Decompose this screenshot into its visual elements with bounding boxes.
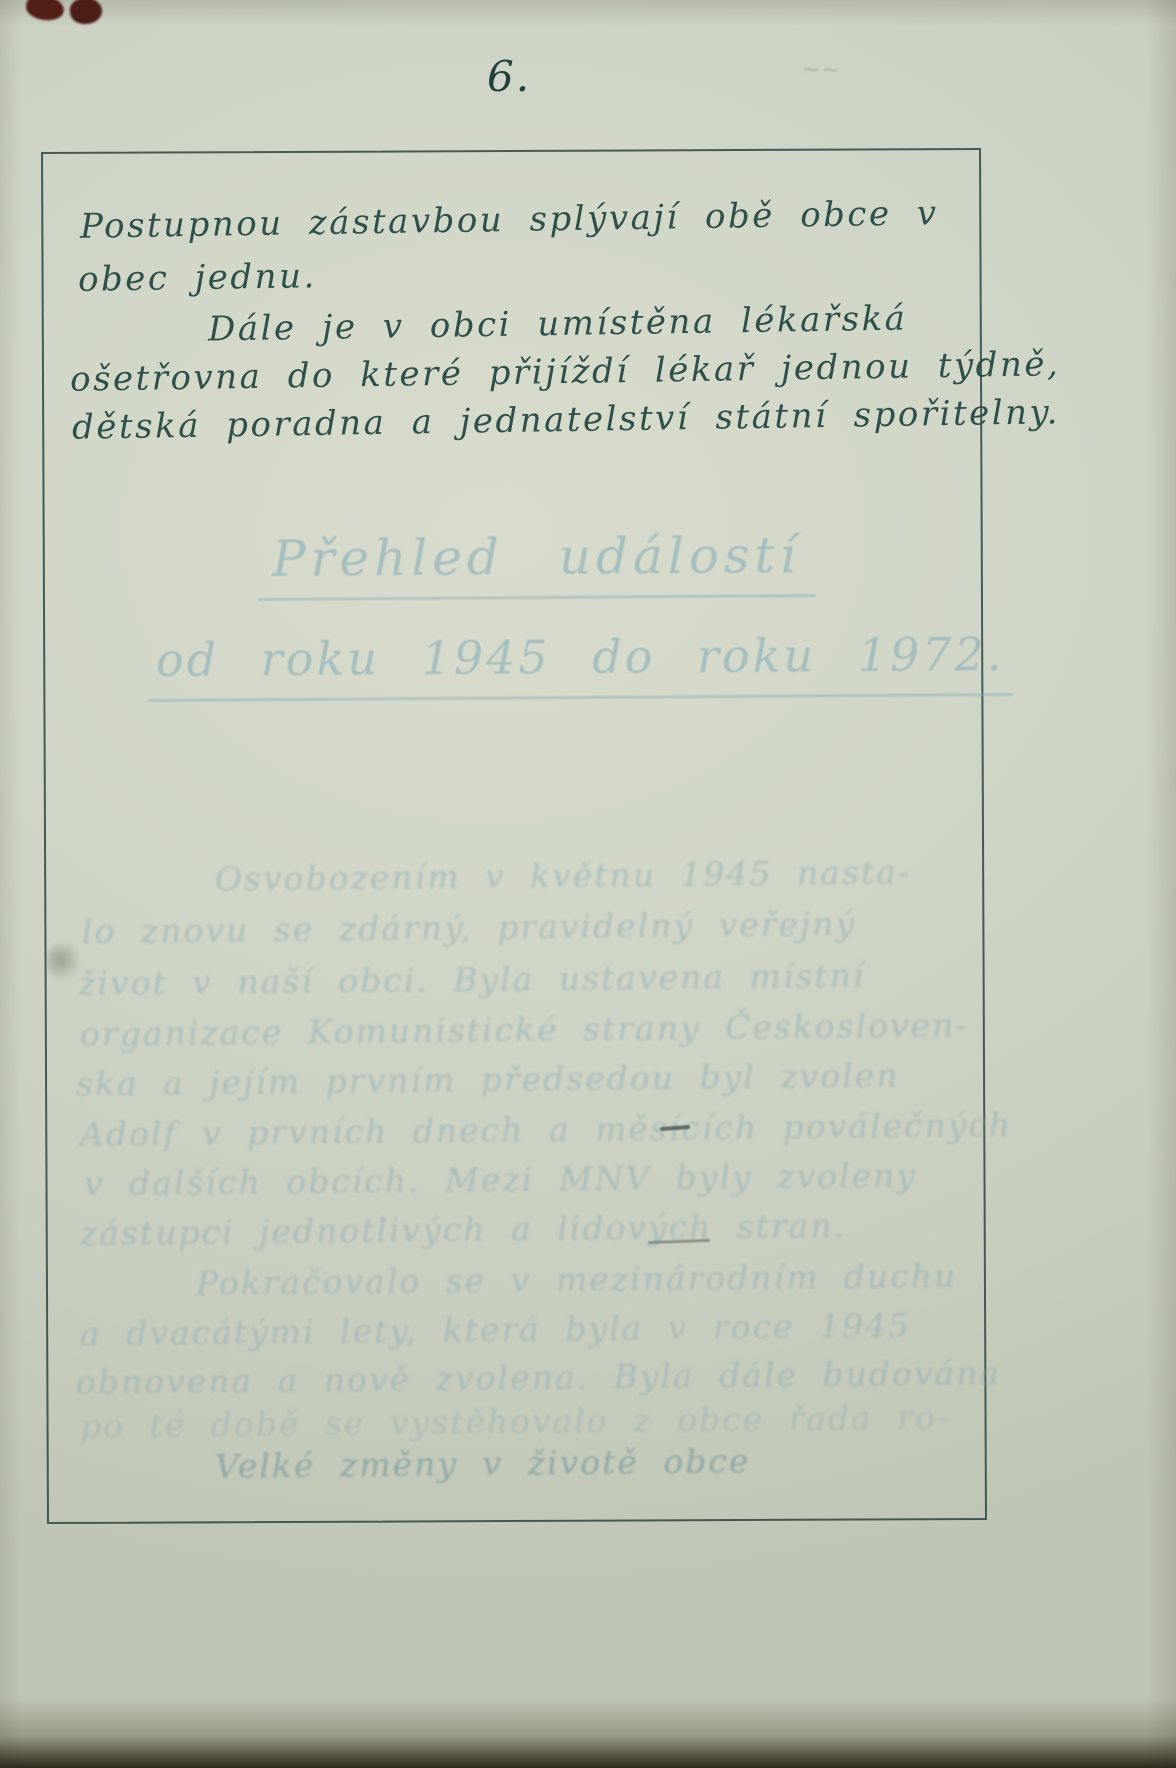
faded-handwritten-line: Pokračovalo se v mezinárodním duchu <box>196 1256 958 1303</box>
faded-handwritten-line: Osvobozením v květnu 1945 nasta- <box>215 852 911 898</box>
faded-heading-subtitle: od roku 1945 do roku 1972. <box>148 627 1013 702</box>
scan-shadow-right <box>1146 0 1176 1768</box>
faded-handwritten-line: lo znovu se zdárný, pravidelný veřejný <box>82 904 857 951</box>
faded-handwritten-line: život v naší obci. Byla ustavena místní <box>78 956 866 1003</box>
scan-shadow-left <box>0 0 22 1768</box>
scanned-page: 6. ~~ Postupnou zástavbou splývají obě o… <box>0 0 1176 1768</box>
scan-shadow-bottom <box>0 1698 1176 1768</box>
page-number: 6. <box>487 52 531 101</box>
faded-handwritten-line: zástupci jednotlivých a lidových stran. <box>80 1206 847 1253</box>
paper-stain <box>46 942 82 982</box>
pencil-scribble: ~~ <box>802 58 866 78</box>
scan-shadow-top <box>0 0 1176 26</box>
handwritten-line: obec jednu. <box>78 256 317 300</box>
faded-handwritten-line: Velké změny v životě obce <box>215 1441 751 1486</box>
faded-heading-title: Přehled událostí <box>258 526 815 601</box>
